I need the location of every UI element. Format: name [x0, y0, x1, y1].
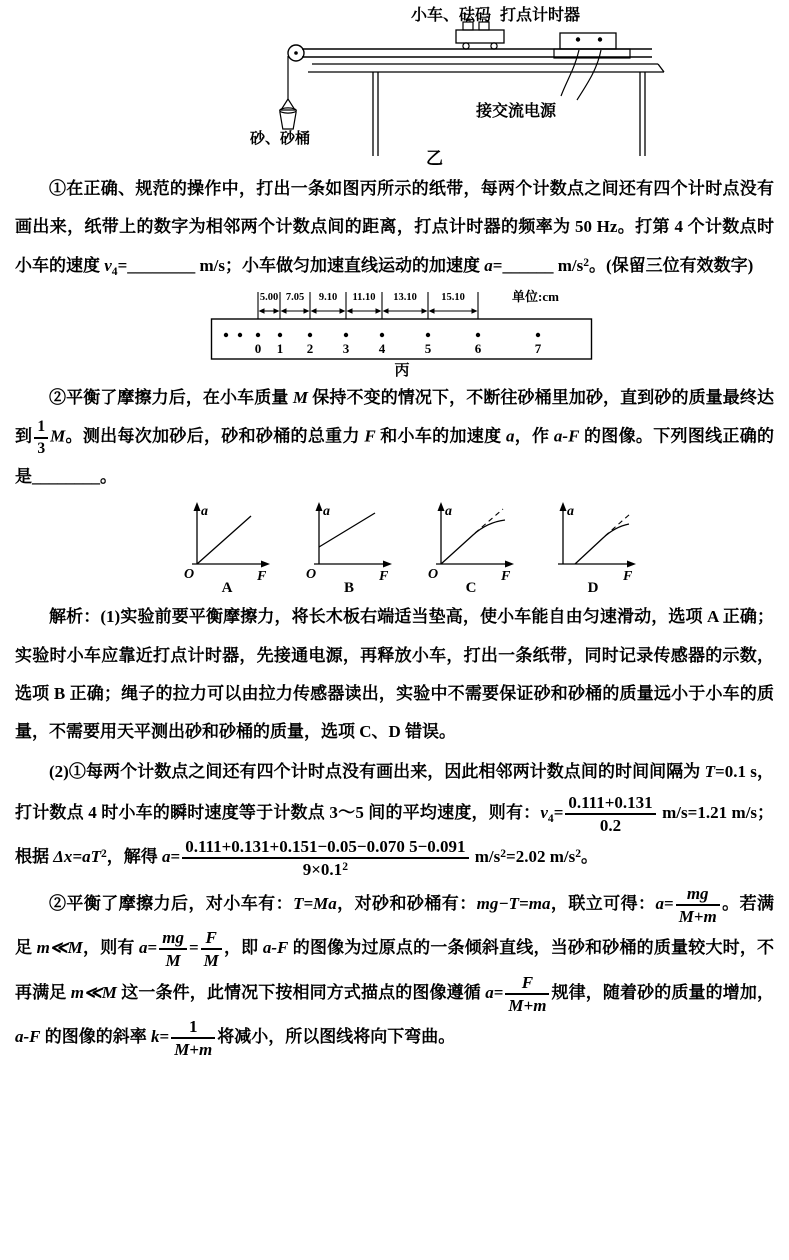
- tape-interval-4: 13.10: [393, 292, 417, 303]
- graph-option-a: a F O A: [177, 500, 277, 594]
- unit-ms2: m/s: [558, 256, 584, 275]
- equals: =: [493, 256, 503, 275]
- equals: =: [189, 938, 199, 957]
- option-CD: C、D: [359, 722, 401, 741]
- tape-mark-6: 6: [475, 341, 482, 356]
- frac-den: M: [201, 950, 222, 971]
- frac-den: M+m: [676, 906, 720, 927]
- var-M: M: [50, 426, 65, 445]
- q2-text: 和小车的加速度: [376, 426, 506, 445]
- tape-interval-0: 5.00: [260, 292, 278, 303]
- sand-bucket: [280, 99, 297, 129]
- blank-v4: ________: [127, 256, 199, 275]
- label-dot-timer: 打点计时器: [500, 6, 580, 24]
- an3-text: ，联立可得：: [550, 894, 655, 913]
- graph-a-ylabel: a: [201, 504, 208, 519]
- an3-text: 将减小，所以图线将向下弯曲。: [217, 1027, 455, 1046]
- tape-mark-5: 5: [425, 341, 432, 356]
- q1-text: 。(保留三位有效数字): [589, 256, 753, 275]
- q2-text: 。测出每次加砂后，砂和砂桶的总重力: [65, 426, 364, 445]
- pulley: [288, 45, 304, 99]
- figure-apparatus: 小车、砝码 打点计时器: [248, 6, 680, 168]
- eq-mgTma: mg−T=ma: [477, 894, 551, 913]
- graph-c-ylabel: a: [445, 504, 452, 519]
- graph-d-xlabel: F: [622, 569, 633, 584]
- range-3-5: 3～5: [329, 803, 363, 822]
- an1-text: (1)实验前要平衡摩擦力，将长木板右端适当垫高，使小车能自由匀速滑动，选项: [100, 607, 707, 626]
- graph-option-c: a F O C: [421, 500, 521, 594]
- graph-a-line: [197, 516, 251, 564]
- var-M: M: [293, 388, 308, 407]
- label-cart-weights: 小车、砝码: [411, 6, 491, 24]
- an3-text: ，对砂和砂桶有：: [337, 894, 477, 913]
- tape-interval-1: 7.05: [286, 292, 304, 303]
- frac-den: 0.2: [565, 815, 655, 836]
- var-a: a: [162, 847, 171, 866]
- graph-c-origin: O: [428, 567, 438, 582]
- frac-den: M+m: [505, 995, 549, 1016]
- question-part2: ②平衡了摩擦力后，在小车质量 M 保持不变的情况下，不断往砂桶里加砂，直到砂的质…: [0, 377, 789, 497]
- cond-mM: m≪M: [71, 983, 117, 1002]
- frac-num: 0.111+0.131+0.151−0.05−0.070 5−0.091: [182, 836, 468, 859]
- blank-choice: ________: [32, 467, 100, 486]
- tape-dots: [224, 333, 540, 337]
- cond-mM: m≪M: [37, 938, 83, 957]
- q1-n4: 4: [674, 217, 683, 236]
- var-T: T: [705, 762, 715, 781]
- frac-num: mg: [159, 927, 187, 950]
- analysis-part1: 解析：(1)实验前要平衡摩擦力，将长木板右端适当垫高，使小车能自由匀速滑动，选项…: [0, 596, 789, 751]
- equals: =: [118, 256, 128, 275]
- q2-text: ，作: [514, 426, 553, 445]
- fraction-1-Mm: 1M+m: [171, 1016, 215, 1061]
- equals: =: [171, 847, 181, 866]
- graph-c-xlabel: F: [500, 569, 511, 584]
- var-a: a: [656, 894, 665, 913]
- analysis-label: 解析：: [49, 607, 100, 626]
- eq-TMa: T=Ma: [293, 894, 337, 913]
- frac-den: M: [159, 950, 187, 971]
- fraction-F-Mm: FM+m: [505, 972, 549, 1017]
- tape-interval-arrows: [259, 308, 478, 313]
- option-B: B: [54, 684, 65, 703]
- tape-interval-5: 15.10: [441, 292, 465, 303]
- timer-box: [554, 33, 630, 58]
- tape-drawing: 5.00 7.05 9.10 11.10 13.10 15.10 单位:cm: [210, 289, 598, 377]
- unit-ms: m/s: [200, 256, 226, 275]
- q2-text: 。: [100, 467, 117, 486]
- equals: =: [148, 938, 158, 957]
- fraction-mg-M: mgM: [159, 927, 187, 972]
- analysis-part2: (2)①每两个计数点之间还有四个计时点没有画出来，因此相邻两计数点间的时间间隔为…: [0, 751, 789, 880]
- an1-text: 错误。: [401, 722, 456, 741]
- var-v: v: [104, 256, 112, 275]
- frac-den-base: 9×0.1: [303, 860, 342, 879]
- var-k: k: [151, 1027, 160, 1046]
- num-4: 4: [88, 803, 97, 822]
- unit-ms2: m/s: [471, 847, 501, 866]
- tape-unit-label: 单位:cm: [512, 289, 559, 304]
- tape-interval-3: 11.10: [352, 292, 375, 303]
- equals: =: [664, 894, 674, 913]
- blank-a: ______: [502, 256, 557, 275]
- an3-text: ，则有: [83, 938, 139, 957]
- figure-tape: 5.00 7.05 9.10 11.10 13.10 15.10 单位:cm: [210, 289, 598, 377]
- an3-text: ②平衡了摩擦力后，对小车有：: [49, 894, 293, 913]
- an3-text: 这一条件，此情况下按相同方式描点的图像遵循: [117, 983, 485, 1002]
- graph-b-xlabel: F: [378, 569, 389, 584]
- q1-text: 。打第: [617, 217, 674, 236]
- graph-b-ylabel: a: [323, 504, 330, 519]
- fraction-one-third: 13: [34, 417, 48, 458]
- a-result: =2.02 m/s: [506, 847, 575, 866]
- equals: =: [160, 1027, 170, 1046]
- var-F: F: [364, 426, 375, 445]
- an2-text: 时小车的瞬时速度等于计数点: [97, 803, 330, 822]
- fraction-v4: 0.111+0.1310.2: [565, 792, 655, 837]
- graph-a-caption: A: [221, 580, 232, 594]
- graph-b-caption: B: [343, 580, 353, 594]
- var-aF: a-F: [15, 1027, 41, 1046]
- q1-freq: 50 Hz: [575, 217, 617, 236]
- an2-text: (2)①每两个计数点之间还有四个计时点没有画出来，因此相邻两计数点间的时间间隔为: [49, 762, 705, 781]
- frac-den: M+m: [171, 1039, 215, 1060]
- label-ac-power: 接交流电源: [475, 101, 557, 120]
- answer-option-graphs: a F O A a F O B a: [30, 500, 789, 594]
- graph-d-caption: D: [587, 580, 598, 594]
- var-a: a: [484, 256, 493, 275]
- option-A: A: [707, 607, 718, 626]
- frac-den-sup: 2: [342, 860, 348, 873]
- formula-dx: Δx=aT: [53, 847, 101, 866]
- tape-mark-3: 3: [343, 341, 350, 356]
- var-aF: a-F: [554, 426, 580, 445]
- apparatus-drawing: 小车、砝码 打点计时器: [248, 6, 680, 168]
- fraction-F-M: FM: [201, 927, 222, 972]
- var-a: a: [139, 938, 148, 957]
- question-part1: ①在正确、规范的操作中，打出一条如图丙所示的纸带，每两个计数点之间还有四个计时点…: [0, 168, 789, 285]
- graph-c-curve: [441, 520, 505, 564]
- tape-interval-2: 9.10: [319, 292, 337, 303]
- frac-num: 1: [171, 1016, 215, 1039]
- an2-text: ，解得: [107, 847, 162, 866]
- an2-text: 间的平均速度，则有：: [364, 803, 541, 822]
- q2-text: ②平衡了摩擦力后，在小车质量: [49, 388, 293, 407]
- tape-mark-0: 0: [255, 341, 262, 356]
- q1-text: ；小车做匀加速直线运动的加速度: [225, 256, 484, 275]
- v4-result: m/s=1.21 m/s: [658, 803, 757, 822]
- frac-den: 3: [34, 439, 48, 459]
- fraction-a: 0.111+0.131+0.151−0.05−0.070 5−0.0919×0.…: [182, 836, 468, 881]
- var-v: v: [540, 803, 548, 822]
- graph-a-origin: O: [184, 567, 194, 582]
- graph-a-xlabel: F: [256, 569, 267, 584]
- an2-text: 。: [581, 847, 598, 866]
- graph-b-origin: O: [306, 567, 316, 582]
- graph-c-caption: C: [465, 580, 476, 594]
- analysis-part3: ②平衡了摩擦力后，对小车有：T=Ma，对砂和砂桶有：mg−T=ma，联立可得：a…: [0, 881, 789, 1061]
- document-page: 小车、砝码 打点计时器: [0, 0, 789, 1061]
- tape-mark-2: 2: [307, 341, 314, 356]
- frac-num: 1: [34, 417, 48, 439]
- an3-text: 规律，随着砂的质量的增加，: [551, 983, 774, 1002]
- an3-text: ，即: [224, 938, 263, 957]
- equals: =: [554, 803, 564, 822]
- graph-d-curve: [575, 524, 629, 564]
- an3-text: 的图像的斜率: [41, 1027, 152, 1046]
- frac-num: 0.111+0.131: [565, 792, 655, 815]
- tape-mark-4: 4: [379, 341, 386, 356]
- var-aF: a-F: [263, 938, 289, 957]
- equals: =: [494, 983, 504, 1002]
- graph-d-ylabel: a: [567, 504, 574, 519]
- frac-den: 9×0.12: [182, 859, 468, 880]
- fraction-mg-Mm: mgM+m: [676, 883, 720, 928]
- var-a: a: [485, 983, 494, 1002]
- graph-option-d: a F D: [543, 500, 643, 594]
- label-sand-bucket: 砂、砂桶: [250, 129, 310, 147]
- frac-num: F: [201, 927, 222, 950]
- frac-num: F: [505, 972, 549, 995]
- frac-num: mg: [676, 883, 720, 906]
- tape-mark-7: 7: [535, 341, 542, 356]
- figure-bing-caption: 丙: [394, 362, 409, 377]
- graph-option-b: a F O B: [299, 500, 399, 594]
- value-T: =0.1 s: [715, 762, 757, 781]
- figure-yi-caption: 乙: [426, 149, 443, 168]
- tape-mark-1: 1: [277, 341, 284, 356]
